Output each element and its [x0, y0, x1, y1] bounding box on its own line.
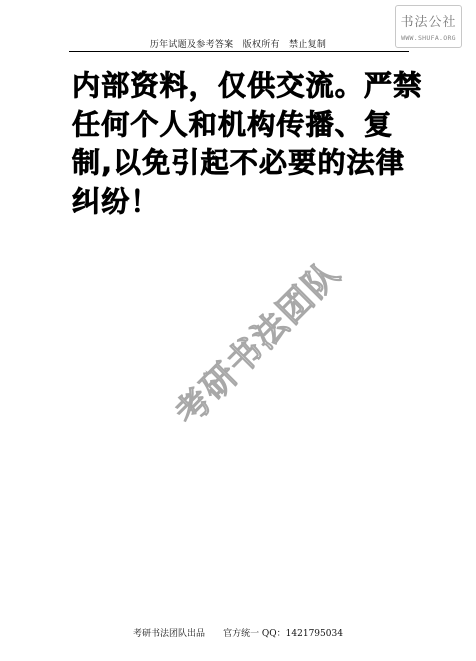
- header-item-exam-answers: 历年试题及参考答案: [150, 40, 234, 50]
- header-item-copyright: 版权所有: [243, 40, 280, 50]
- header-item-no-copy: 禁止复制: [289, 40, 326, 50]
- document-page: 历年试题及参考答案 版权所有 禁止复制 书法公社 WWW.SHUFA.ORG 内…: [0, 0, 476, 661]
- notice-line-4: 纠纷！: [72, 183, 417, 222]
- notice-line-2: 任何个人和机构传播、复: [72, 106, 417, 145]
- notice-line-3: 制,以免引起不必要的法律: [72, 144, 417, 183]
- page-footer: 考研书法团队出品官方统一 QQ：1421795034: [0, 626, 476, 639]
- shufa-logo: 书法公社 WWW.SHUFA.ORG: [395, 5, 462, 48]
- logo-calligraphy-text: 书法公社: [396, 11, 461, 30]
- footer-producer: 考研书法团队出品: [133, 629, 205, 639]
- header-divider: [69, 51, 409, 52]
- watermark: 考研书法团队: [162, 247, 349, 434]
- copyright-notice: 内部资料，仅供交流。严禁 任何个人和机构传播、复 制,以免引起不必要的法律 纠纷…: [72, 67, 417, 221]
- footer-contact: 官方统一 QQ：1421795034: [223, 629, 343, 639]
- notice-line-1: 内部资料，仅供交流。严禁: [72, 67, 417, 106]
- logo-url-text: WWW.SHUFA.ORG: [396, 34, 461, 42]
